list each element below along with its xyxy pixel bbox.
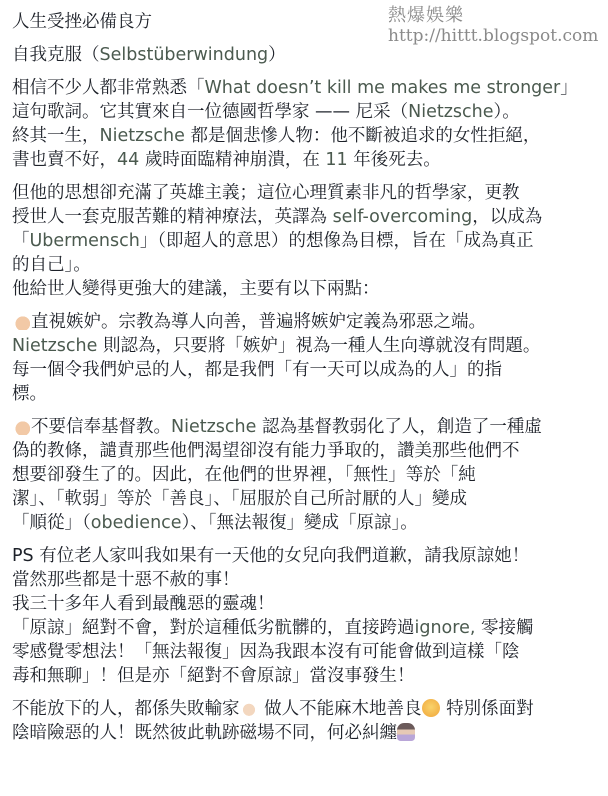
text: 做人不能麻木地善良 — [259, 699, 422, 719]
line: 我三十多年人看到最醜惡的靈魂！ — [12, 592, 604, 616]
line: Nietzsche 則認為，只要將「嫉妒」視為一種人生向導就沒有問題。 — [12, 334, 604, 358]
text: 零接觸 — [475, 618, 533, 638]
line: 他給世人變得更強大的建議，主要有以下兩點： — [12, 277, 604, 301]
line: 「Ubermensch」（即超人的意思）的想像為目標，旨在「成為真正 — [12, 229, 604, 253]
latin-text: Nietzsche — [171, 417, 256, 437]
latin-text: Nietzsche — [12, 336, 97, 356]
latin-text: Ubermensch — [30, 231, 140, 251]
text: 」 — [560, 78, 578, 98]
post-content: 人生受挫必備良方 自我克服（Selbstüberwindung） 相信不少人都非… — [12, 10, 604, 745]
text: 授世人一套克服苦難的精神療法，英譯為 — [12, 207, 333, 227]
latin-text: What doesn’t kill me makes me stronger — [205, 78, 561, 98]
text: 陰暗險惡的人！既然彼此軌跡磁場不同，何必糾纏 — [12, 723, 397, 743]
paragraph-3: 直視嫉妒。宗教為導人向善，普遍將嫉妒定義為邪惡之端。 Nietzsche 則認為… — [12, 310, 604, 406]
text: 年後死去。 — [348, 150, 441, 170]
text: 「 — [12, 231, 30, 251]
text: 都是個悲慘人物：他不斷被追求的女性拒絕， — [185, 126, 541, 146]
text: ）。 — [494, 102, 520, 122]
subtitle-latin: Selbstüberwindung — [100, 45, 269, 65]
line: 但他的思想卻充滿了英雄主義；這位心理質素非凡的哲學家，更教 — [12, 181, 604, 205]
pointing-hand-icon — [12, 312, 30, 330]
text: 認為基督教弱化了人，創造了一種虛 — [256, 417, 542, 437]
paragraph-2: 但他的思想卻充滿了英雄主義；這位心理質素非凡的哲學家，更教 授世人一套克服苦難的… — [12, 181, 604, 301]
number: 11 — [325, 150, 347, 170]
paragraph-1: 相信不少人都非常熟悉「What doesn’t kill me makes me… — [12, 76, 604, 172]
line: 當然那些都是十惡不赦的事！ — [12, 568, 604, 592]
latin-text: obedience — [91, 513, 182, 533]
text: 書也賣不好， — [12, 150, 117, 170]
text: 相信不少人都非常熟悉「 — [12, 78, 205, 98]
line: 這句歌詞。它其實來自一位德國哲學家 —— 尼采（Nietzsche）。 — [12, 100, 604, 124]
line: 「順從」（obedience）、「無法報復」變成「原諒」。 — [12, 511, 604, 535]
text: 直視嫉妒。宗教為導人向善，普遍將嫉妒定義為邪惡之端。 — [31, 312, 486, 332]
text: 「順從」（ — [12, 513, 91, 533]
text: ）、「無法報復」變成「原諒」。 — [182, 513, 418, 533]
line: 潔」、「軟弱」等於「善良」、「屈服於自己所討厭的人」變成 — [12, 487, 604, 511]
text: 終其一生， — [12, 126, 100, 146]
line: 書也賣不好，44 歲時面臨精神崩潰，在 11 年後死去。 — [12, 148, 604, 172]
line: PS 有位老人家叫我如果有一天他的女兒向我們道歉，請我原諒她！ — [12, 544, 604, 568]
text: 」（即超人的意思）的想像為目標，旨在「成為真正 — [140, 231, 534, 251]
latin-text: ignore, — [415, 618, 476, 638]
line: 直視嫉妒。宗教為導人向善，普遍將嫉妒定義為邪惡之端。 — [12, 310, 604, 334]
line: 陰暗險惡的人！既然彼此軌跡磁場不同，何必糾纏 — [12, 721, 604, 745]
text: 不要信奉基督教。 — [31, 417, 171, 437]
text: 這句歌詞。它其實來自一位德國哲學家 —— 尼采（ — [12, 102, 408, 122]
number: 44 — [117, 150, 139, 170]
latin-text: self-overcoming — [333, 207, 473, 227]
text: 不能放下的人，都係失敗輸家 — [12, 699, 240, 719]
subtitle-cn: 自我克服（ — [12, 45, 100, 65]
latin-text: Nietzsche — [100, 126, 185, 146]
text: 則認為，只要將「嫉妒」視為一種人生向導就沒有問題。 — [97, 336, 540, 356]
line: 標。 — [12, 382, 604, 406]
line: 每一個令我們妒忌的人，都是我們「有一天可以成為的人」的指 — [12, 358, 604, 382]
paragraph-4: 不要信奉基督教。Nietzsche 認為基督教弱化了人，創造了一種虛 偽的教條，… — [12, 415, 604, 535]
line: 偽的教條，譴責那些他們渴望卻沒有能力爭取的，讚美那些他們不 — [12, 439, 604, 463]
line: 相信不少人都非常熟悉「What doesn’t kill me makes me… — [12, 76, 604, 100]
post-subtitle: 自我克服（Selbstüberwindung） — [12, 43, 604, 67]
text: 特別係面對 — [441, 699, 534, 719]
line: 授世人一套克服苦難的精神療法，英譯為 self-overcoming，以成為 — [12, 205, 604, 229]
post-title: 人生受挫必備良方 — [12, 10, 604, 34]
line: 不能放下的人，都係失敗輸家 做人不能麻木地善良 特別係面對 — [12, 697, 604, 721]
line: 想要卻發生了的。因此，在他們的世界裡，「無性」等於「純 — [12, 463, 604, 487]
relieved-face-icon — [422, 699, 440, 717]
line: 「原諒」絕對不會，對於這種低劣骯髒的，直接跨過ignore, 零接觸 — [12, 616, 604, 640]
pointing-hand-icon — [12, 417, 30, 435]
line: 終其一生，Nietzsche 都是個悲慘人物：他不斷被追求的女性拒絕， — [12, 124, 604, 148]
person-frowning-icon — [397, 723, 415, 741]
thumbs-up-icon — [240, 699, 258, 717]
latin-text: Nietzsche — [408, 102, 493, 122]
line: 毒和無聊」！但是亦「絕對不會原諒」當沒事發生！ — [12, 664, 604, 688]
text: 「原諒」絕對不會，對於這種低劣骯髒的，直接跨過 — [12, 618, 415, 638]
text: ，以成為 — [472, 207, 542, 227]
line: 的自己」。 — [12, 253, 604, 277]
text: 歲時面臨精神崩潰，在 — [139, 150, 325, 170]
line: 不要信奉基督教。Nietzsche 認為基督教弱化了人，創造了一種虛 — [12, 415, 604, 439]
subtitle-end: ） — [268, 45, 286, 65]
paragraph-6: 不能放下的人，都係失敗輸家 做人不能麻木地善良 特別係面對 陰暗險惡的人！既然彼… — [12, 697, 604, 745]
line: 零感覺零想法！「無法報復」因為我跟本沒有可能會做到這樣「陰 — [12, 640, 604, 664]
paragraph-5: PS 有位老人家叫我如果有一天他的女兒向我們道歉，請我原諒她！ 當然那些都是十惡… — [12, 544, 604, 688]
